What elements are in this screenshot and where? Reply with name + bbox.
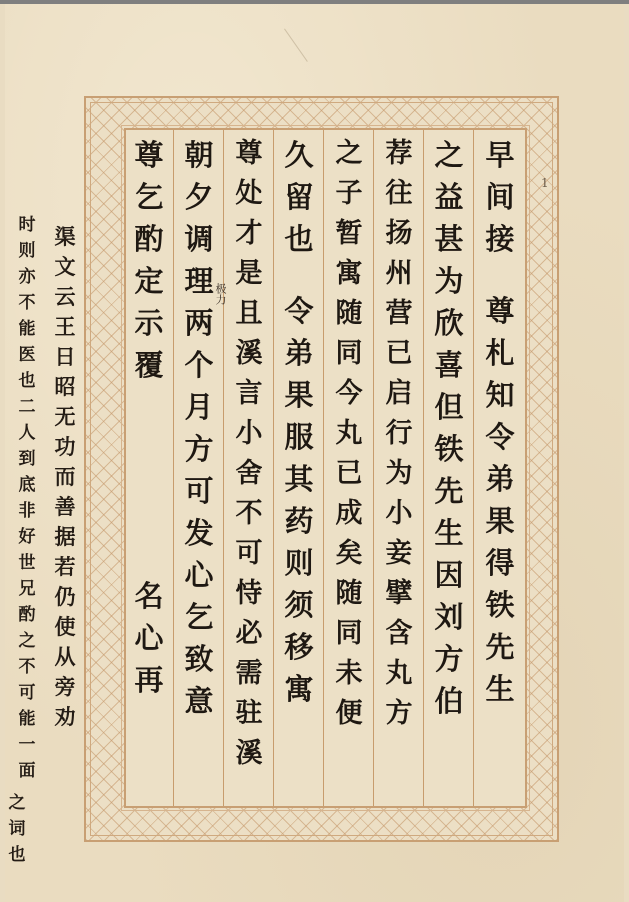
- character: 随: [327, 574, 371, 614]
- character: 个: [177, 344, 221, 386]
- character: 伯: [427, 680, 471, 722]
- character: 之: [427, 134, 471, 176]
- character: 往: [377, 174, 421, 214]
- character: 尊: [478, 290, 522, 332]
- character: 二: [16, 394, 38, 420]
- character: 酌: [127, 218, 171, 260]
- character: 妾: [377, 534, 421, 574]
- margin-annotation-2: 时则亦不能医也二人到底非好世兄酌之不可能一面: [16, 212, 38, 784]
- character: 使: [51, 612, 79, 642]
- character: 舍: [227, 454, 271, 494]
- character: 间: [478, 176, 522, 218]
- character: 丸: [377, 654, 421, 694]
- character: 昭: [51, 372, 79, 402]
- character: 旁: [51, 672, 79, 702]
- character: 之: [327, 134, 371, 174]
- character: 月: [177, 386, 221, 428]
- character: 成: [327, 494, 371, 534]
- character: 方: [377, 694, 421, 734]
- column-rule: [323, 130, 324, 806]
- character: 方: [177, 428, 221, 470]
- character: 可: [227, 534, 271, 574]
- character: 乞: [127, 176, 171, 218]
- character: 从: [51, 642, 79, 672]
- character: 欣: [427, 302, 471, 344]
- character: 同: [327, 614, 371, 654]
- character: 生: [427, 512, 471, 554]
- character: 不: [227, 494, 271, 534]
- character: 接: [478, 218, 522, 260]
- page-mark: 1: [541, 176, 549, 190]
- character: 酌: [16, 602, 38, 628]
- character: 可: [16, 680, 38, 706]
- character: 再: [127, 659, 171, 701]
- character: 营: [377, 294, 421, 334]
- character: 且: [227, 294, 271, 334]
- character: 小: [227, 414, 271, 454]
- character: 意: [177, 680, 221, 722]
- character: 小: [377, 494, 421, 534]
- character: 其: [277, 458, 321, 500]
- character: 劝: [51, 702, 79, 732]
- column-rule: [223, 130, 224, 806]
- character: 世: [16, 550, 38, 576]
- text-column-6: 尊处才是且溪言小舍不可恃必需驻溪: [225, 134, 273, 774]
- text-column-8: 尊乞酌定示覆: [125, 134, 173, 386]
- character: 则: [277, 542, 321, 584]
- character: 尊: [227, 134, 271, 174]
- character: 人: [16, 420, 38, 446]
- character: 非: [16, 498, 38, 524]
- character: 需: [227, 654, 271, 694]
- margin-annotation-3: 之词也: [6, 790, 28, 868]
- character: 寓: [277, 668, 321, 710]
- character: 今: [327, 374, 371, 414]
- character: 功: [51, 432, 79, 462]
- character: 便: [327, 694, 371, 734]
- character: 日: [51, 342, 79, 372]
- character: 溪: [227, 334, 271, 374]
- character: 乞: [177, 596, 221, 638]
- character: 心: [127, 617, 171, 659]
- character: 药: [277, 500, 321, 542]
- character: 可: [177, 470, 221, 512]
- character: 早: [478, 134, 522, 176]
- character: 致: [177, 638, 221, 680]
- character: 兄: [16, 576, 38, 602]
- character: 两: [177, 302, 221, 344]
- character: 果: [277, 374, 321, 416]
- character: 夕: [177, 176, 221, 218]
- character: 知: [478, 374, 522, 416]
- character: 医: [16, 342, 38, 368]
- character: 服: [277, 416, 321, 458]
- character: 方: [427, 638, 471, 680]
- character: 暂: [327, 214, 371, 254]
- character: 覆: [127, 344, 171, 386]
- column-rule: [423, 130, 424, 806]
- character: 先: [427, 470, 471, 512]
- character: 必: [227, 614, 271, 654]
- interlinear-note: 极力: [214, 283, 226, 305]
- signature: 名心再: [125, 575, 173, 701]
- character: 擘: [377, 574, 421, 614]
- character: 州: [377, 254, 421, 294]
- character: 生: [478, 668, 522, 710]
- character: 矣: [327, 534, 371, 574]
- character: 据: [51, 522, 79, 552]
- character: 才: [227, 214, 271, 254]
- character: 留: [277, 176, 321, 218]
- character: 随: [327, 294, 371, 334]
- text-column-2: 之益甚为欣喜但铁先生因刘方伯: [425, 134, 473, 722]
- character: 子: [327, 174, 371, 214]
- character: 果: [478, 500, 522, 542]
- character: 因: [427, 554, 471, 596]
- character: 溪: [227, 734, 271, 774]
- character: 扬: [377, 214, 421, 254]
- column-rule: [373, 130, 374, 806]
- character: 无: [51, 402, 79, 432]
- character: 先: [478, 626, 522, 668]
- character: 一: [16, 732, 38, 758]
- character: 也: [6, 842, 28, 868]
- character: 处: [227, 174, 271, 214]
- character: 得: [478, 542, 522, 584]
- character: 札: [478, 332, 522, 374]
- character: 到: [16, 446, 38, 472]
- character: 好: [16, 524, 38, 550]
- character: 言: [227, 374, 271, 414]
- character: 定: [127, 260, 171, 302]
- character: 未: [327, 654, 371, 694]
- character: 益: [427, 176, 471, 218]
- character: 也: [277, 218, 321, 260]
- character: 文: [51, 252, 79, 282]
- text-column-7: 朝夕调理两个月方可发心乞致意: [175, 134, 223, 722]
- character: 亦: [16, 264, 38, 290]
- character: 也: [16, 368, 38, 394]
- character: 示: [127, 302, 171, 344]
- character: 甚: [427, 218, 471, 260]
- character: 已: [327, 454, 371, 494]
- character: 弟: [277, 332, 321, 374]
- character: 为: [377, 454, 421, 494]
- character: 弟: [478, 458, 522, 500]
- character: 是: [227, 254, 271, 294]
- character: 铁: [478, 584, 522, 626]
- character: 则: [16, 238, 38, 264]
- character: 不: [16, 290, 38, 316]
- character: 丸: [327, 414, 371, 454]
- character: 同: [327, 334, 371, 374]
- character: 启: [377, 374, 421, 414]
- character: 刘: [427, 596, 471, 638]
- character: 王: [51, 312, 79, 342]
- character: 发: [177, 512, 221, 554]
- character: 云: [51, 282, 79, 312]
- character: 不: [16, 654, 38, 680]
- character: 词: [6, 816, 28, 842]
- character: 尊: [127, 134, 171, 176]
- character: 心: [177, 554, 221, 596]
- character: 驻: [227, 694, 271, 734]
- text-column-5: 久留也令弟果服其药则须移寓: [275, 134, 323, 710]
- text-column-1: 早间接尊札知令弟果得铁先生: [476, 134, 524, 710]
- character: 寓: [327, 254, 371, 294]
- character: 恃: [227, 574, 271, 614]
- character: 面: [16, 758, 38, 784]
- character: 令: [277, 290, 321, 332]
- character: 行: [377, 414, 421, 454]
- character: 为: [427, 260, 471, 302]
- margin-annotation-1: 渠文云王日昭无功而善据若仍使从旁劝: [51, 222, 79, 732]
- character: 须: [277, 584, 321, 626]
- character: 之: [6, 790, 28, 816]
- character: 朝: [177, 134, 221, 176]
- character: 若: [51, 552, 79, 582]
- character: 令: [478, 416, 522, 458]
- character: 移: [277, 626, 321, 668]
- character: 底: [16, 472, 38, 498]
- character: 名: [127, 575, 171, 617]
- column-rule: [173, 130, 174, 806]
- character: 但: [427, 386, 471, 428]
- text-column-3: 荐往扬州营已启行为小妾擘含丸方: [375, 134, 423, 734]
- text-column-4: 之子暂寓随同今丸已成矣随同未便: [325, 134, 373, 734]
- character: 时: [16, 212, 38, 238]
- character: 善: [51, 492, 79, 522]
- character: 之: [16, 628, 38, 654]
- character: 荐: [377, 134, 421, 174]
- character: 能: [16, 706, 38, 732]
- character: 能: [16, 316, 38, 342]
- character: 铁: [427, 428, 471, 470]
- character: 久: [277, 134, 321, 176]
- character: 含: [377, 614, 421, 654]
- character: 仍: [51, 582, 79, 612]
- character: 而: [51, 462, 79, 492]
- character: 喜: [427, 344, 471, 386]
- column-rule: [473, 130, 474, 806]
- character: 已: [377, 334, 421, 374]
- character: 渠: [51, 222, 79, 252]
- character: 调: [177, 218, 221, 260]
- column-rule: [273, 130, 274, 806]
